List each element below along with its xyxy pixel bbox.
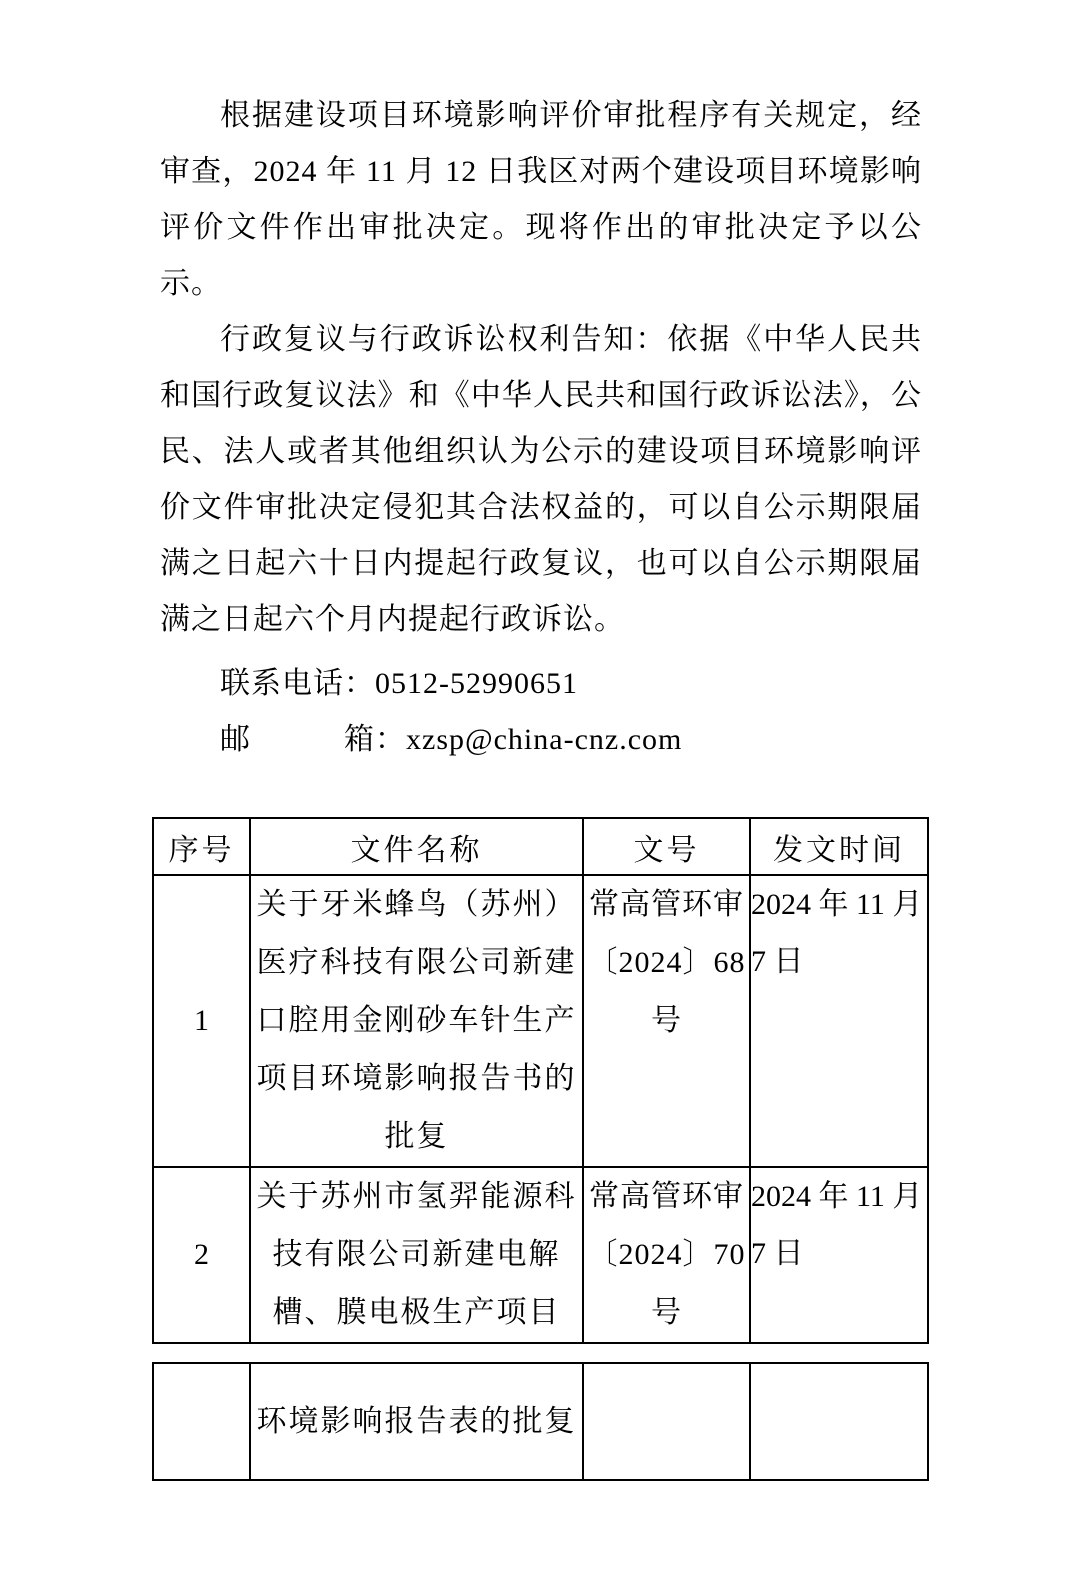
cell-date: 2024 年 11 月 7 日 <box>750 875 928 1167</box>
document-page: 根据建设项目环境影响评价审批程序有关规定，经审查，2024 年 11 月 12 … <box>0 0 1080 1584</box>
column-header-date: 发文时间 <box>750 818 928 875</box>
table-row: 1 关于牙米蜂鸟（苏州）医疗科技有限公司新建口腔用金刚砂车针生产项目环境影响报告… <box>153 875 928 1167</box>
cell-date <box>750 1363 928 1480</box>
approval-documents-table-continued: 环境影响报告表的批复 <box>152 1362 929 1481</box>
document-body: 根据建设项目环境影响评价审批程序有关规定，经审查，2024 年 11 月 12 … <box>160 88 922 768</box>
cell-doc-no: 常高管环审〔2024〕70 号 <box>583 1167 750 1343</box>
cell-index <box>153 1363 250 1480</box>
contact-email: 邮 箱：xzsp@china-cnz.com <box>160 712 922 768</box>
column-header-index: 序号 <box>153 818 250 875</box>
column-header-doc-no: 文号 <box>583 818 750 875</box>
cell-date: 2024 年 11 月 7 日 <box>750 1167 928 1343</box>
contact-phone: 联系电话：0512-52990651 <box>160 656 922 712</box>
table-header-row: 序号 文件名称 文号 发文时间 <box>153 818 928 875</box>
cell-index: 2 <box>153 1167 250 1343</box>
cell-index: 1 <box>153 875 250 1167</box>
paragraph-rights-notice: 行政复议与行政诉讼权利告知：依据《中华人民共和国行政复议法》和《中华人民共和国行… <box>160 312 922 648</box>
table-row: 2 关于苏州市氢羿能源科技有限公司新建电解槽、膜电极生产项目 常高管环审〔202… <box>153 1167 928 1343</box>
table-row-continuation: 环境影响报告表的批复 <box>153 1363 928 1480</box>
approval-documents-table: 序号 文件名称 文号 发文时间 1 关于牙米蜂鸟（苏州）医疗科技有限公司新建口腔… <box>152 817 929 1344</box>
cell-doc-no <box>583 1363 750 1480</box>
paragraph-approval-announcement: 根据建设项目环境影响评价审批程序有关规定，经审查，2024 年 11 月 12 … <box>160 88 922 312</box>
cell-doc-name: 环境影响报告表的批复 <box>250 1363 583 1480</box>
cell-doc-no: 常高管环审〔2024〕68 号 <box>583 875 750 1167</box>
column-header-doc-name: 文件名称 <box>250 818 583 875</box>
cell-doc-name: 关于苏州市氢羿能源科技有限公司新建电解槽、膜电极生产项目 <box>250 1167 583 1343</box>
cell-doc-name: 关于牙米蜂鸟（苏州）医疗科技有限公司新建口腔用金刚砂车针生产项目环境影响报告书的… <box>250 875 583 1167</box>
